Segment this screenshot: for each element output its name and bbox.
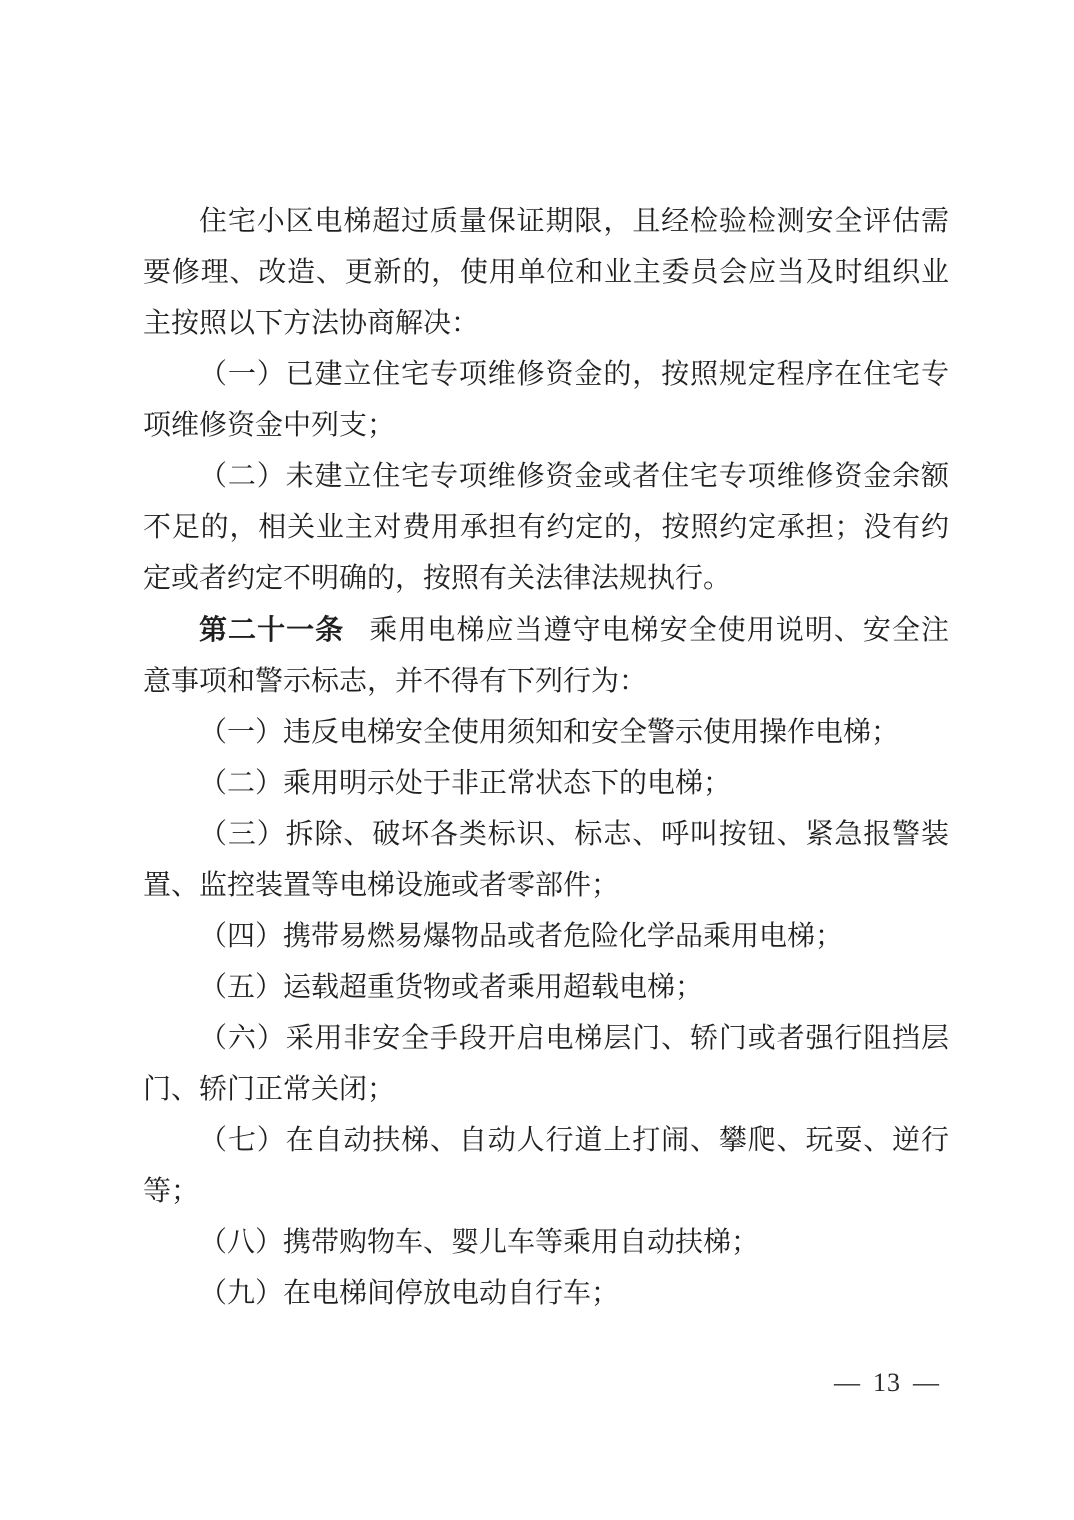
paragraph-maintenance-intro: 住宅小区电梯超过质量保证期限，且经检验检测安全评估需要修理、改造、更新的，使用单… xyxy=(143,196,949,349)
article-21-number: 第二十一条 xyxy=(199,614,344,645)
paragraph-behavior-item-9: （九）在电梯间停放电动自行车； xyxy=(143,1268,949,1319)
document-body: 住宅小区电梯超过质量保证期限，且经检验检测安全评估需要修理、改造、更新的，使用单… xyxy=(143,196,949,1319)
page-footer: —13— xyxy=(828,1366,946,1400)
footer-dash-right: — xyxy=(913,1368,940,1397)
paragraph-behavior-item-5: （五）运载超重货物或者乘用超载电梯； xyxy=(143,962,949,1013)
footer-dash-left: — xyxy=(834,1368,861,1397)
page-number: 13 xyxy=(873,1368,901,1397)
paragraph-behavior-item-6: （六）采用非安全手段开启电梯层门、轿门或者强行阻挡层门、轿门正常关闭； xyxy=(143,1013,949,1115)
paragraph-fund-item-1: （一）已建立住宅专项维修资金的，按照规定程序在住宅专项维修资金中列支； xyxy=(143,349,949,451)
paragraph-behavior-item-3: （三）拆除、破坏各类标识、标志、呼叫按钮、紧急报警装置、监控装置等电梯设施或者零… xyxy=(143,809,949,911)
paragraph-behavior-item-1: （一）违反电梯安全使用须知和安全警示使用操作电梯； xyxy=(143,707,949,758)
paragraph-article-21: 第二十一条乘用电梯应当遵守电梯安全使用说明、安全注意事项和警示标志，并不得有下列… xyxy=(143,604,949,707)
paragraph-behavior-item-8: （八）携带购物车、婴儿车等乘用自动扶梯； xyxy=(143,1217,949,1268)
paragraph-behavior-item-2: （二）乘用明示处于非正常状态下的电梯； xyxy=(143,758,949,809)
paragraph-behavior-item-7: （七）在自动扶梯、自动人行道上打闹、攀爬、玩耍、逆行等； xyxy=(143,1115,949,1217)
paragraph-fund-item-2: （二）未建立住宅专项维修资金或者住宅专项维修资金余额不足的，相关业主对费用承担有… xyxy=(143,451,949,604)
paragraph-behavior-item-4: （四）携带易燃易爆物品或者危险化学品乘用电梯； xyxy=(143,911,949,962)
